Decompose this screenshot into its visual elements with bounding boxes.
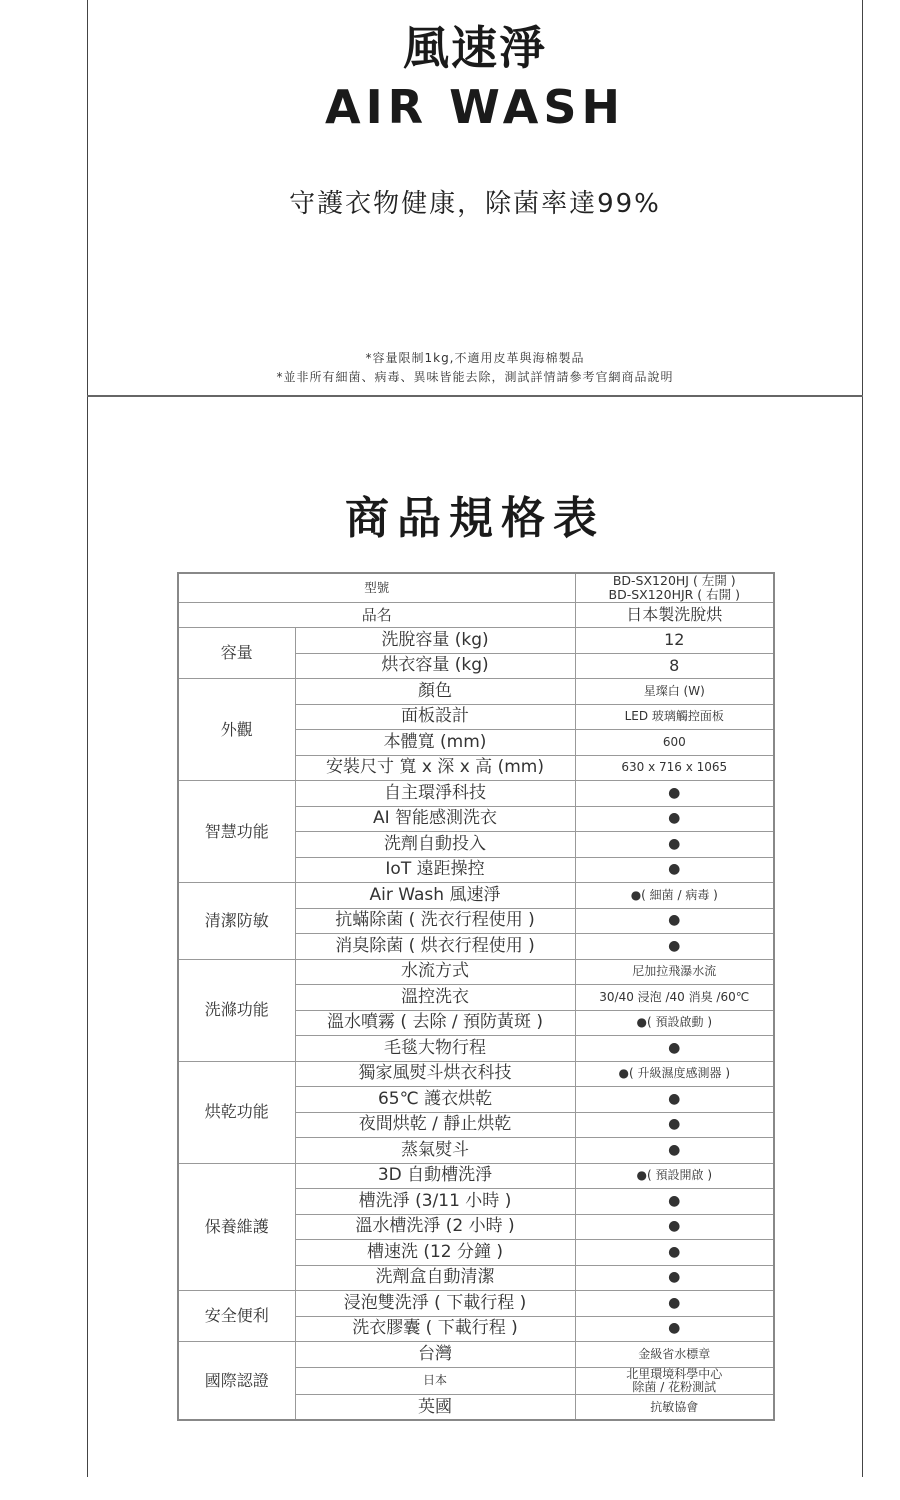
category-maintenance: 保養維護	[178, 1163, 295, 1291]
feature-value: 600	[575, 730, 774, 756]
footnote-capacity: *容量限制1kg,不適用皮革與海棉製品	[0, 349, 900, 366]
feature-value: 630 x 716 x 1065	[575, 755, 774, 781]
product-name-label: 品名	[178, 602, 575, 628]
feature-label: 65℃ 護衣烘乾	[295, 1087, 575, 1113]
feature-label: 洗衣膠囊 ( 下載行程 )	[295, 1316, 575, 1342]
feature-label: 浸泡雙洗淨 ( 下載行程 )	[295, 1291, 575, 1317]
feature-label: 英國	[295, 1394, 575, 1420]
feature-label: 溫水噴霧 ( 去除 / 預防黃斑 )	[295, 1010, 575, 1036]
feature-label: 槽洗淨 (3/11 小時 )	[295, 1189, 575, 1215]
feature-label: 自主環淨科技	[295, 781, 575, 807]
feature-value: ●( 預設開啟 )	[575, 1163, 774, 1189]
feature-label: 安裝尺寸 寬 x 深 x 高 (mm)	[295, 755, 575, 781]
feature-value: ●	[575, 908, 774, 934]
feature-label: Air Wash 風速淨	[295, 883, 575, 909]
feature-value: ●( 預設啟動 )	[575, 1010, 774, 1036]
feature-label: 溫控洗衣	[295, 985, 575, 1011]
section-divider	[87, 395, 863, 397]
category-safety-convenience: 安全便利	[178, 1291, 295, 1342]
model-value-right: BD-SX120HJR ( 右開 )	[576, 588, 774, 602]
feature-value: ●	[575, 1291, 774, 1317]
feature-value: ●	[575, 832, 774, 858]
feature-label: 槽速洗 (12 分鐘 )	[295, 1240, 575, 1266]
feature-value: ●	[575, 1265, 774, 1291]
category-smart-features: 智慧功能	[178, 781, 295, 883]
table-row-product-name: 品名 日本製洗脫烘	[178, 602, 774, 628]
model-label: 型號	[178, 573, 575, 602]
feature-value: 北里環境科學中心 除菌 / 花粉測試	[575, 1367, 774, 1394]
feature-label: 洗劑自動投入	[295, 832, 575, 858]
feature-label: 日本	[295, 1367, 575, 1394]
feature-label: 面板設計	[295, 704, 575, 730]
feature-value: 8	[575, 653, 774, 679]
feature-label: 消臭除菌 ( 烘衣行程使用 )	[295, 934, 575, 960]
feature-value: ●	[575, 1112, 774, 1138]
category-certifications: 國際認證	[178, 1342, 295, 1421]
table-row: 智慧功能 自主環淨科技 ●	[178, 781, 774, 807]
footnote-disclaimer: *並非所有細菌、病毒、異味皆能去除，測試詳情請參考官網商品說明	[0, 368, 900, 385]
feature-value: ●	[575, 1214, 774, 1240]
feature-label: 獨家風熨斗烘衣科技	[295, 1061, 575, 1087]
table-row-model: 型號 BD-SX120HJ ( 左開 ) BD-SX120HJR ( 右開 )	[178, 573, 774, 602]
feature-label: 顏色	[295, 679, 575, 705]
feature-label: 溫水槽洗淨 (2 小時 )	[295, 1214, 575, 1240]
table-row: 烘乾功能 獨家風熨斗烘衣科技 ●( 升級濕度感測器 )	[178, 1061, 774, 1087]
feature-value: ●	[575, 781, 774, 807]
table-row: 安全便利 浸泡雙洗淨 ( 下載行程 ) ●	[178, 1291, 774, 1317]
feature-value: ●	[575, 1189, 774, 1215]
feature-value: ●	[575, 934, 774, 960]
frame-right-border	[862, 0, 863, 1477]
table-row: 容量 洗脫容量 (kg) 12	[178, 628, 774, 654]
feature-label: 夜間烘乾 / 靜止烘乾	[295, 1112, 575, 1138]
category-cleaning-allergy: 清潔防敏	[178, 883, 295, 960]
category-capacity: 容量	[178, 628, 295, 679]
frame-left-border	[87, 0, 88, 1477]
feature-label: 烘衣容量 (kg)	[295, 653, 575, 679]
feature-label: 抗蟎除菌 ( 洗衣行程使用 )	[295, 908, 575, 934]
feature-value: 金級省水標章	[575, 1342, 774, 1368]
feature-label: AI 智能感測洗衣	[295, 806, 575, 832]
product-name-value: 日本製洗脫烘	[575, 602, 774, 628]
category-washing: 洗滌功能	[178, 959, 295, 1061]
feature-label: 蒸氣熨斗	[295, 1138, 575, 1164]
feature-label: 3D 自動槽洗淨	[295, 1163, 575, 1189]
feature-value: ●	[575, 1036, 774, 1062]
feature-value: ●	[575, 806, 774, 832]
feature-label: 台灣	[295, 1342, 575, 1368]
feature-value: ●( 升級濕度感測器 )	[575, 1061, 774, 1087]
feature-label: 洗脫容量 (kg)	[295, 628, 575, 654]
feature-value: LED 玻璃觸控面板	[575, 704, 774, 730]
feature-value: 12	[575, 628, 774, 654]
feature-label: IoT 遠距操控	[295, 857, 575, 883]
feature-value: ●	[575, 1240, 774, 1266]
hero-tagline: 守護衣物健康，除菌率達99%	[0, 183, 900, 220]
feature-label: 本體寬 (mm)	[295, 730, 575, 756]
feature-value: ●	[575, 1138, 774, 1164]
feature-label: 毛毯大物行程	[295, 1036, 575, 1062]
category-appearance: 外觀	[178, 679, 295, 781]
feature-value: 抗敏協會	[575, 1394, 774, 1420]
feature-label: 水流方式	[295, 959, 575, 985]
table-row: 外觀 顏色 星璨白 (W)	[178, 679, 774, 705]
feature-value: 尼加拉飛瀑水流	[575, 959, 774, 985]
hero-title-english: AIR WASH	[0, 80, 900, 134]
feature-value: ●	[575, 1087, 774, 1113]
table-row: 洗滌功能 水流方式 尼加拉飛瀑水流	[178, 959, 774, 985]
cert-japan-line1: 北里環境科學中心	[576, 1368, 774, 1381]
table-row: 清潔防敏 Air Wash 風速淨 ●( 細菌 / 病毒 )	[178, 883, 774, 909]
spec-table: 型號 BD-SX120HJ ( 左開 ) BD-SX120HJR ( 右開 ) …	[177, 572, 775, 1421]
hero-title-chinese: 風速淨	[0, 12, 900, 78]
model-value-left: BD-SX120HJ ( 左開 )	[576, 574, 774, 588]
feature-value: ●	[575, 1316, 774, 1342]
feature-label: 洗劑盒自動清潔	[295, 1265, 575, 1291]
table-row: 國際認證 台灣 金級省水標章	[178, 1342, 774, 1368]
feature-value: ●( 細菌 / 病毒 )	[575, 883, 774, 909]
table-row: 保養維護 3D 自動槽洗淨 ●( 預設開啟 )	[178, 1163, 774, 1189]
cert-japan-line2: 除菌 / 花粉測試	[576, 1381, 774, 1394]
feature-value: 30/40 浸泡 /40 消臭 /60℃	[575, 985, 774, 1011]
model-values: BD-SX120HJ ( 左開 ) BD-SX120HJR ( 右開 )	[575, 573, 774, 602]
feature-value: 星璨白 (W)	[575, 679, 774, 705]
spec-table-title: 商品規格表	[0, 482, 900, 546]
category-drying: 烘乾功能	[178, 1061, 295, 1163]
feature-value: ●	[575, 857, 774, 883]
